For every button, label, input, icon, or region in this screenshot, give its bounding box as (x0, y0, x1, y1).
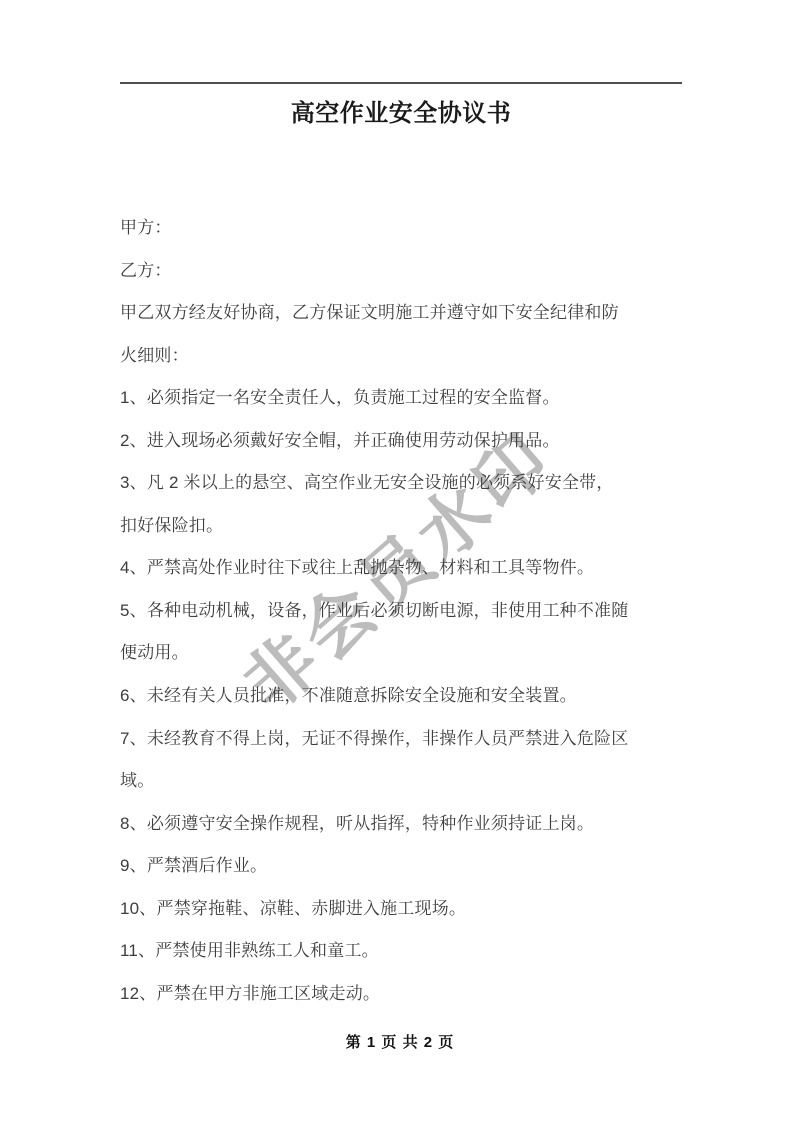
document-line: 12、严禁在甲方非施工区域走动。 (120, 973, 682, 1016)
document-line: 扣好保险扣。 (120, 505, 682, 548)
document-body: 甲方：乙方：甲乙双方经友好协商，乙方保证文明施工并遵守如下安全纪律和防火细则：1… (120, 207, 682, 1015)
document-line: 8、必须遵守安全操作规程，听从指挥，特种作业须持证上岗。 (120, 803, 682, 846)
document-line: 10、严禁穿拖鞋、凉鞋、赤脚进入施工现场。 (120, 888, 682, 931)
document-line: 11、严禁使用非熟练工人和童工。 (120, 930, 682, 973)
document-line: 火细则： (120, 335, 682, 378)
document-line: 甲乙双方经友好协商，乙方保证文明施工并遵守如下安全纪律和防 (120, 292, 682, 335)
document-page: 高空作业安全协议书 非会员水印 甲方：乙方：甲乙双方经友好协商，乙方保证文明施工… (0, 0, 800, 1131)
document-title: 高空作业安全协议书 (120, 97, 682, 131)
document-line: 5、各种电动机械，设备，作业后必须切断电源，非使用工种不准随 (120, 590, 682, 633)
page-number: 第 1 页 共 2 页 (0, 1031, 800, 1052)
document-line: 便动用。 (120, 632, 682, 675)
document-line: 3、凡 2 米以上的悬空、高空作业无安全设施的必须系好安全带， (120, 462, 682, 505)
document-line: 甲方： (120, 207, 682, 250)
document-line: 2、进入现场必须戴好安全帽，并正确使用劳动保护用品。 (120, 420, 682, 463)
document-line: 4、严禁高处作业时往下或往上乱抛杂物、材料和工具等物件。 (120, 547, 682, 590)
document-line: 乙方： (120, 250, 682, 293)
document-line: 7、未经教育不得上岗，无证不得操作，非操作人员严禁进入危险区 (120, 718, 682, 761)
document-line: 域。 (120, 760, 682, 803)
document-line: 9、严禁酒后作业。 (120, 845, 682, 888)
header-rule (120, 82, 682, 84)
document-line: 1、必须指定一名安全责任人，负责施工过程的安全监督。 (120, 377, 682, 420)
document-line: 6、未经有关人员批准，不准随意拆除安全设施和安全装置。 (120, 675, 682, 718)
